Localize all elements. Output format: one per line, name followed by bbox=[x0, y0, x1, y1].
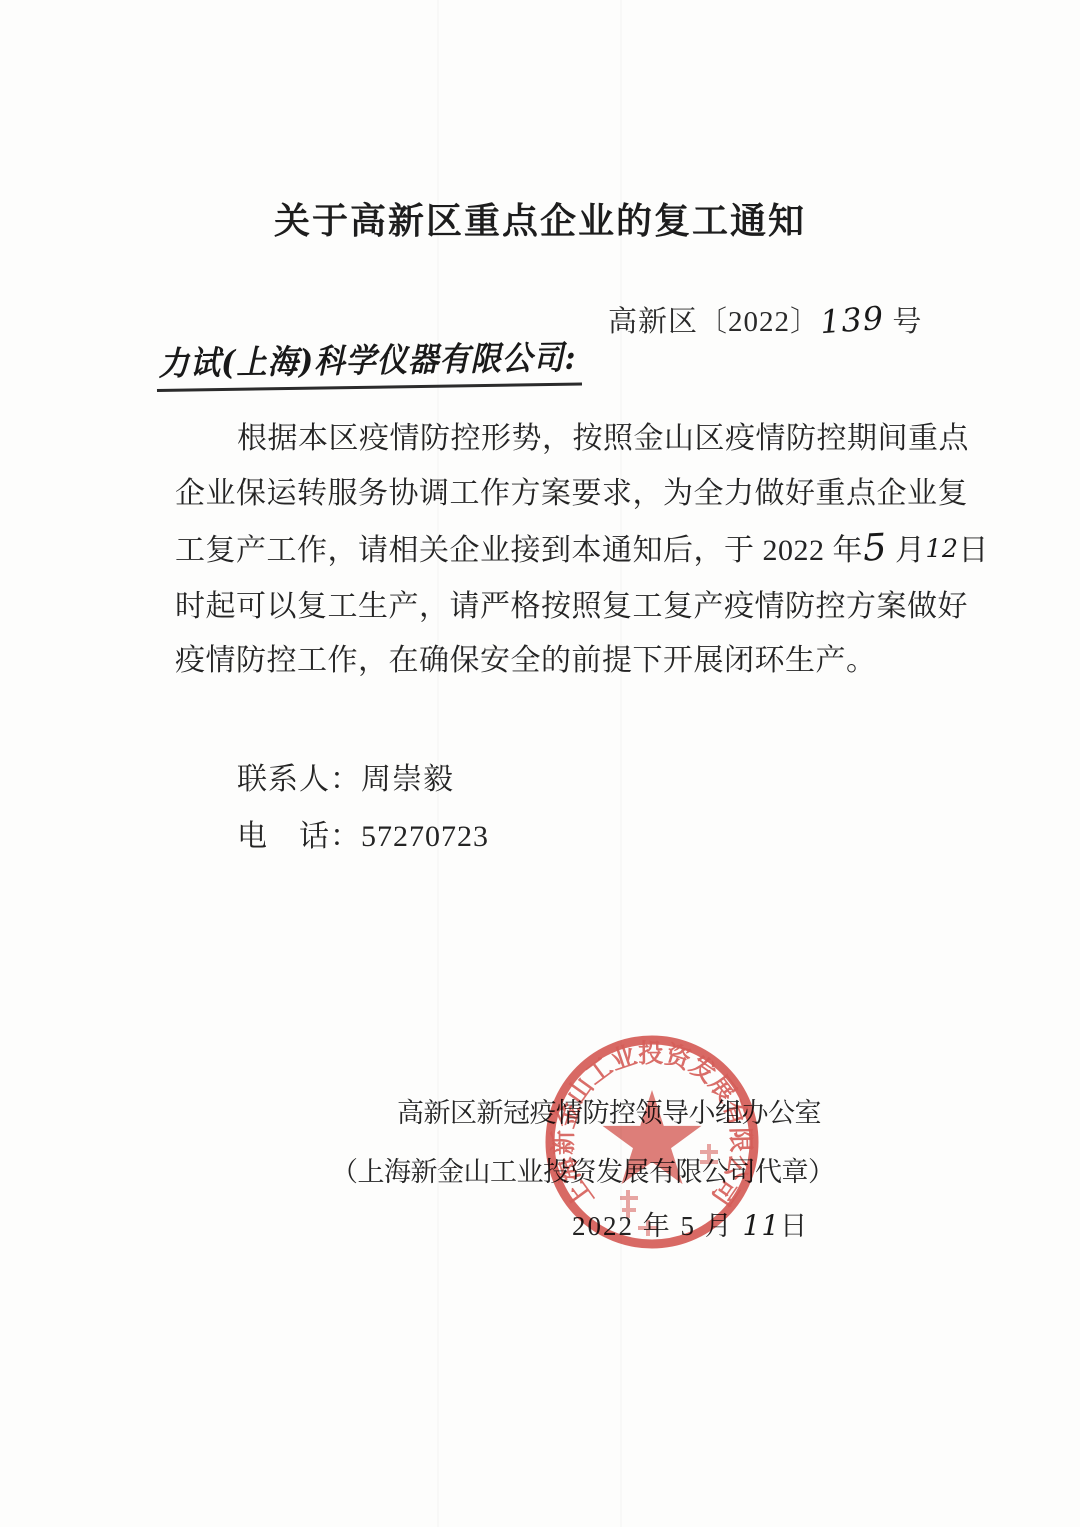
contact-phone-row: 电 话：57270723 bbox=[237, 811, 489, 855]
body-paragraph: 根据本区疫情防控形势，按照金山区疫情防控期间重点 企业保运转服务协调工作方案要求… bbox=[175, 412, 950, 689]
doc-number-suffix: 号 bbox=[884, 306, 922, 338]
doc-number-prefix: 高新区〔2022〕 bbox=[608, 306, 820, 338]
contact-person-name: 周崇毅 bbox=[361, 763, 454, 796]
body-line-3: 工复产工作，请相关企业接到本通知后，于 2022 年5 月12日 bbox=[175, 521, 950, 580]
contact-phone-label: 电 话： bbox=[237, 820, 361, 853]
document-title: 关于高新区重点企业的复工通知 bbox=[0, 193, 1080, 244]
body-line-3-mid: 月 bbox=[887, 534, 926, 567]
addressee-handwritten: 力试(上海)科学仪器有限公司: bbox=[156, 332, 582, 392]
body-line-1: 根据本区疫情防控形势，按照金山区疫情防控期间重点 bbox=[175, 412, 950, 467]
seal-star-icon bbox=[603, 1090, 702, 1184]
doc-number-handwritten: 139 bbox=[819, 299, 886, 341]
contact-person-label: 联系人： bbox=[237, 763, 361, 796]
signature-date-suffix: 日 bbox=[780, 1211, 809, 1241]
body-line-3-text: 工复产工作，请相关企业接到本通知后，于 2022 年 bbox=[175, 534, 863, 567]
body-line-3-post: 日 bbox=[958, 534, 989, 567]
body-line-4: 时起可以复工生产，请严格按照复工复产疫情防控方案做好 bbox=[175, 580, 950, 635]
scanned-notice-page: 关于高新区重点企业的复工通知 高新区〔2022〕139 号 力试(上海)科学仪器… bbox=[0, 0, 1080, 1527]
body-line-5: 疫情防控工作，在确保安全的前提下开展闭环生产。 bbox=[175, 634, 950, 689]
handwritten-day: 12 bbox=[926, 522, 959, 577]
official-seal: 上海新金山工业投资发展有限公司 bbox=[540, 1030, 764, 1254]
contact-person-row: 联系人：周崇毅 bbox=[237, 754, 454, 798]
contact-phone-number: 57270723 bbox=[361, 820, 489, 853]
body-line-2: 企业保运转服务协调工作方案要求，为全力做好重点企业复 bbox=[175, 467, 950, 522]
document-number: 高新区〔2022〕139 号 bbox=[608, 299, 922, 340]
handwritten-month: 5 bbox=[862, 520, 889, 576]
